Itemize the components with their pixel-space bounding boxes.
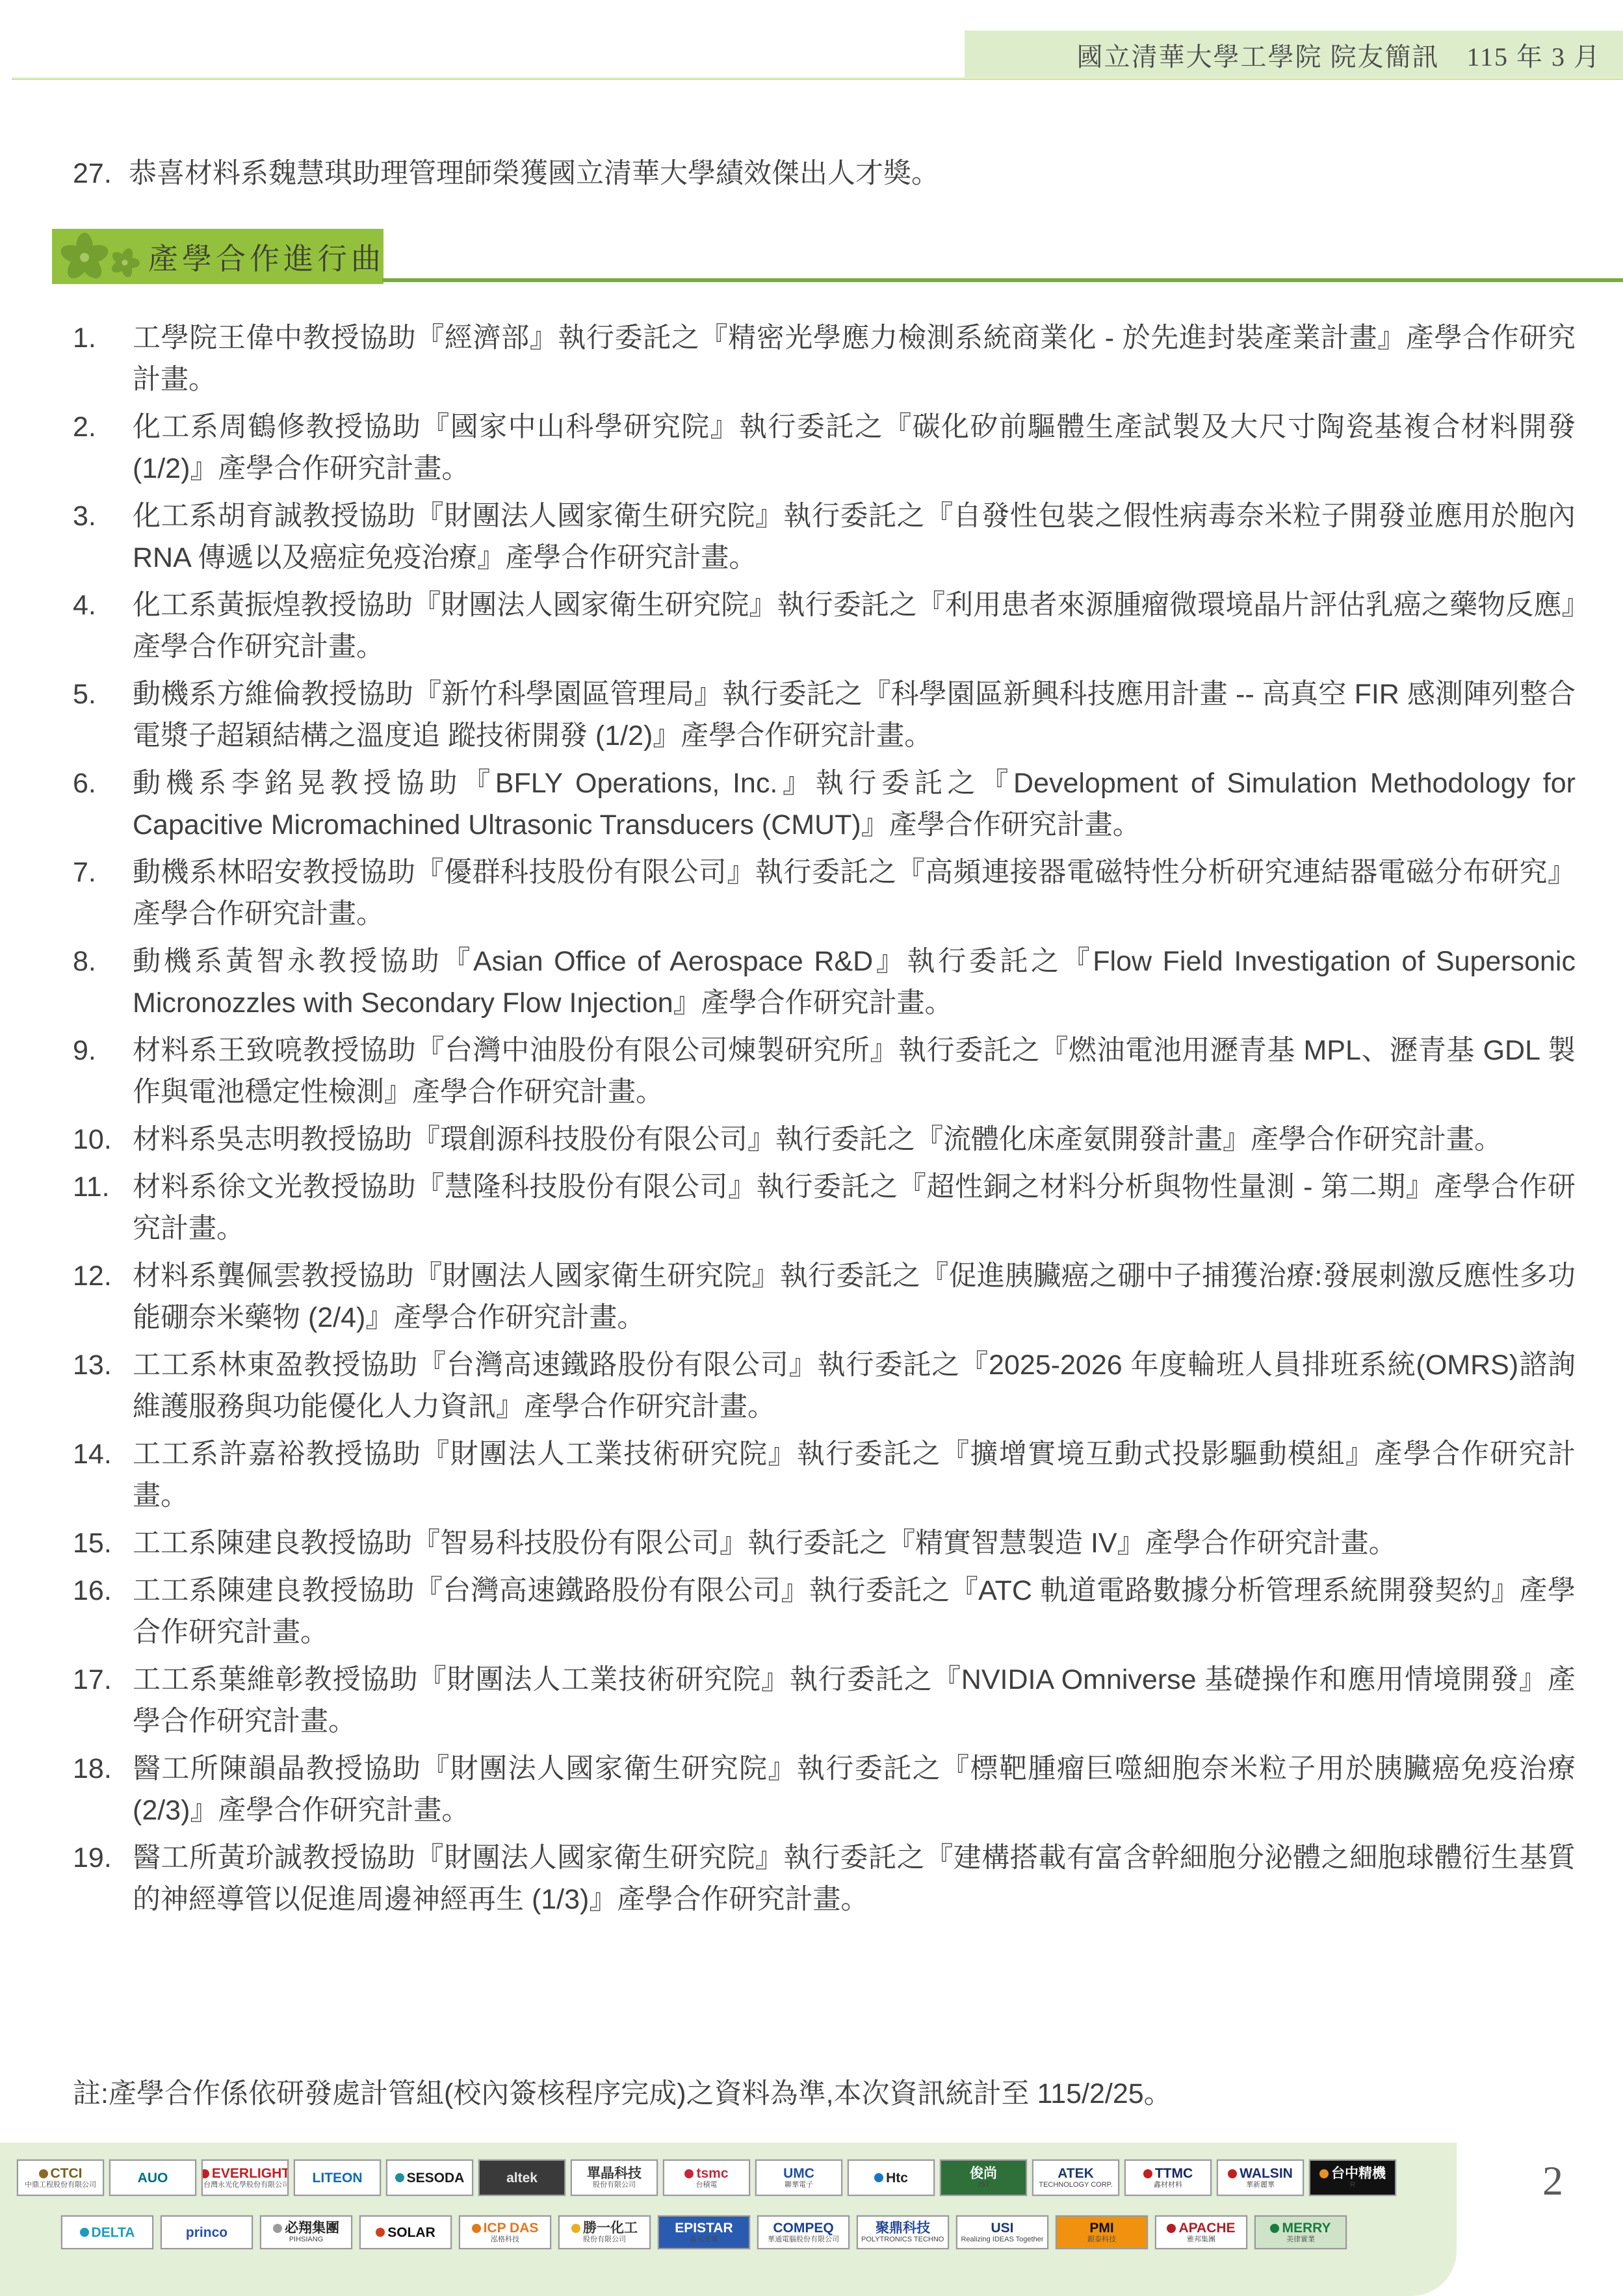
sponsor-logo: MERRY 美律實業 bbox=[1254, 2215, 1347, 2249]
section-header: 產學合作進行曲 bbox=[52, 229, 383, 284]
sponsor-name: AUO bbox=[138, 2171, 168, 2185]
item-number: 10. bbox=[73, 1119, 129, 1160]
sponsor-subtitle: PIHSIANG bbox=[289, 2236, 324, 2244]
sponsor-subtitle: 台積電 bbox=[696, 2181, 718, 2189]
sponsor-logo: SOLAR bbox=[359, 2215, 452, 2249]
sponsor-subtitle: 晶元光電 bbox=[690, 2236, 718, 2244]
list-item: 3.化工系胡育誠教授協助『財團法人國家衛生研究院』執行委託之『自發性包裝之假性病… bbox=[73, 495, 1576, 579]
sponsor-subtitle: POLYTRONICS TECHNOLOGY bbox=[861, 2236, 944, 2244]
logo-mark-icon bbox=[1228, 2169, 1237, 2178]
sponsor-logo: 勝一化工 股份有限公司 bbox=[558, 2215, 651, 2249]
item-text: 工工系葉維彰教授協助『財團法人工業技術研究院』執行委託之『NVIDIA Omni… bbox=[133, 1664, 1576, 1737]
sponsor-name: EVERLIGHT bbox=[212, 2166, 289, 2181]
item-number: 14. bbox=[73, 1433, 129, 1475]
sponsor-name: 聚鼎科技 bbox=[876, 2221, 930, 2236]
sponsor-logo: 單晶科技 股份有限公司 bbox=[571, 2159, 658, 2196]
sponsor-name: APACHE bbox=[1178, 2221, 1235, 2236]
sponsor-subtitle: TECHNOLOGY CORP. bbox=[1039, 2181, 1112, 2189]
item-text: 動機系方維倫教授協助『新竹科學園區管理局』執行委託之『科學園區新興科技應用計畫 … bbox=[133, 679, 1576, 751]
list-item: 2.化工系周鶴修教授協助『國家中山科學研究院』執行委託之『碳化矽前驅體生產試製及… bbox=[73, 406, 1576, 489]
item-text: 工工系陳建良教授協助『台灣高速鐵路股份有限公司』執行委託之『ATC 軌道電路數據… bbox=[133, 1575, 1576, 1648]
item-number: 9. bbox=[73, 1030, 129, 1071]
sponsor-name: CTCI bbox=[51, 2166, 83, 2181]
item-text: 工工系林東盈教授協助『台灣高速鐵路股份有限公司』執行委託之『2025-2026 … bbox=[133, 1350, 1576, 1422]
item-number: 7. bbox=[73, 852, 129, 893]
sponsor-subtitle: 華新麗華 bbox=[1246, 2181, 1275, 2189]
sponsor-logo: 台中精機 R bbox=[1309, 2159, 1396, 2196]
logo-mark-icon bbox=[1319, 2169, 1329, 2178]
list-item: 12.材料系龔佩雲教授協助『財團法人國家衛生研究院』執行委託之『促進胰臟癌之硼中… bbox=[73, 1255, 1576, 1338]
sponsor-name: 台中精機 bbox=[1331, 2166, 1386, 2181]
item-text: 材料系徐文光教授協助『慧隆科技股份有限公司』執行委託之『超性銅之材料分析與物性量… bbox=[133, 1171, 1576, 1244]
sponsor-name: ATEK bbox=[1058, 2166, 1094, 2181]
sponsor-subtitle: 鑫材材料 bbox=[1154, 2181, 1182, 2189]
sponsor-name: princo bbox=[186, 2225, 227, 2240]
item-text: 動機系李銘晃教授協助『BFLY Operations, Inc.』執行委託之『D… bbox=[133, 768, 1576, 841]
sponsor-logo: EPISTAR 晶元光電 bbox=[658, 2215, 750, 2249]
list-item: 18.醫工所陳韻晶教授協助『財團法人國家衛生研究院』執行委託之『標靶腫瘤巨噬細胞… bbox=[73, 1748, 1576, 1831]
sponsor-subtitle: 股份有限公司 bbox=[583, 2236, 626, 2244]
sponsor-subtitle: 美律實業 bbox=[1286, 2236, 1315, 2244]
sponsor-name: WALSIN bbox=[1240, 2166, 1293, 2181]
sponsor-name: tsmc bbox=[696, 2166, 728, 2181]
logo-mark-icon bbox=[1270, 2224, 1279, 2233]
item-number: 18. bbox=[73, 1748, 129, 1790]
logo-mark-icon bbox=[684, 2169, 694, 2178]
sponsor-subtitle: 聯華電子 bbox=[785, 2181, 813, 2189]
sponsor-logo: SESODA bbox=[386, 2159, 473, 2196]
item-number: 5. bbox=[73, 673, 129, 715]
sponsor-logo: princo bbox=[161, 2215, 253, 2249]
sponsor-logo: CTCI 中鼎工程股份有限公司 bbox=[17, 2159, 104, 2196]
item-number: 1. bbox=[73, 317, 129, 359]
sponsor-name: MERRY bbox=[1282, 2221, 1331, 2236]
newsletter-page: 國立清華大學工學院 院友簡訊 115 年 3 月 27.恭喜材料系魏慧琪助理管理… bbox=[0, 0, 1623, 2296]
item-text: 化工系黃振煌教授協助『財團法人國家衛生研究院』執行委託之『利用患者來源腫瘤微環境… bbox=[133, 590, 1576, 662]
logo-mark-icon bbox=[472, 2224, 481, 2233]
sponsor-name: PMI bbox=[1089, 2221, 1113, 2236]
masthead-title: 國立清華大學工學院 院友簡訊 115 年 3 月 bbox=[1076, 36, 1601, 73]
sponsor-logo: EVERLIGHT 台灣永光化學股份有限公司 bbox=[201, 2159, 289, 2196]
item-text: 醫工所黃玠誠教授協助『財團法人國家衛生研究院』執行委託之『建構搭載有富含幹細胞分… bbox=[133, 1842, 1576, 1915]
sponsor-name: 勝一化工 bbox=[583, 2221, 638, 2236]
list-item: 8.動機系黃智永教授協助『Asian Office of Aerospace R… bbox=[73, 941, 1576, 1024]
item-number: 19. bbox=[73, 1837, 129, 1879]
sponsor-name: USI bbox=[991, 2221, 1013, 2236]
item-number: 6. bbox=[73, 763, 129, 804]
masthead-banner: 國立清華大學工學院 院友簡訊 115 年 3 月 bbox=[965, 31, 1623, 79]
sponsor-logo: UMC 聯華電子 bbox=[755, 2159, 842, 2196]
logo-mark-icon bbox=[39, 2169, 48, 2178]
list-item: 15.工工系陳建良教授協助『智易科技股份有限公司』執行委託之『精實智慧製造 IV… bbox=[73, 1522, 1576, 1564]
sponsor-name: 必翔集團 bbox=[285, 2221, 339, 2236]
sponsor-subtitle: 銀泰科技 bbox=[1087, 2236, 1116, 2244]
sponsor-subtitle: 泓格科技 bbox=[491, 2236, 519, 2244]
item-text: 恭喜材料系魏慧琪助理管理師榮獲國立清華大學績效傑出人才獎。 bbox=[129, 158, 939, 189]
list-item: 16.工工系陳建良教授協助『台灣高速鐵路股份有限公司』執行委託之『ATC 軌道電… bbox=[73, 1570, 1576, 1653]
sponsor-name: TTMC bbox=[1155, 2166, 1193, 2181]
sponsor-logo: COMPEQ 華通電腦股份有限公司 bbox=[757, 2215, 850, 2249]
list-item: 9.材料系王致喨教授協助『台灣中油股份有限公司煉製研究所』執行委託之『燃油電池用… bbox=[73, 1030, 1576, 1113]
item-text: 材料系吳志明教授協助『環創源科技股份有限公司』執行委託之『流體化床產氨開發計畫』… bbox=[133, 1124, 1502, 1155]
sponsor-name: LITEON bbox=[313, 2171, 363, 2185]
sponsor-logo: LITEON bbox=[294, 2159, 381, 2196]
sponsor-name: UMC bbox=[783, 2166, 814, 2181]
sponsor-row-2: DELTA princo 必翔集團 PIHSIANG SOLAR ICP DAS… bbox=[61, 2215, 1347, 2249]
sponsor-logo: Htc bbox=[848, 2159, 935, 2196]
list-item: 6.動機系李銘晃教授協助『BFLY Operations, Inc.』執行委託之… bbox=[73, 763, 1576, 846]
item-text: 工學院王偉中教授協助『經濟部』執行委託之『精密光學應力檢測系統商業化 - 於先進… bbox=[133, 322, 1576, 395]
item-text: 材料系龔佩雲教授協助『財團法人國家衛生研究院』執行委託之『促進胰臟癌之硼中子捕獲… bbox=[133, 1260, 1576, 1333]
sponsor-strip: CTCI 中鼎工程股份有限公司 AUO EVERLIGHT 台灣永光化學股份有限… bbox=[0, 2143, 1457, 2296]
sponsor-logo: USI Realizing IDEAS Together bbox=[956, 2215, 1048, 2249]
item-text: 動機系黃智永教授協助『Asian Office of Aerospace R&D… bbox=[133, 946, 1576, 1019]
list-item: 5.動機系方維倫教授協助『新竹科學園區管理局』執行委託之『科學園區新興科技應用計… bbox=[73, 673, 1576, 757]
sponsor-name: 俊尚 bbox=[970, 2166, 997, 2181]
item-text: 醫工所陳韻晶教授協助『財團法人國家衛生研究院』執行委託之『標靶腫瘤巨噬細胞奈米粒… bbox=[133, 1753, 1576, 1826]
sponsor-subtitle: 華通電腦股份有限公司 bbox=[768, 2236, 839, 2244]
sponsor-logo: 俊尚 JST bbox=[940, 2159, 1027, 2196]
sponsor-logo: tsmc 台積電 bbox=[663, 2159, 750, 2196]
sponsor-name: 單晶科技 bbox=[587, 2166, 642, 2181]
item-number: 11. bbox=[73, 1166, 129, 1208]
sponsor-logo: TTMC 鑫材材料 bbox=[1124, 2159, 1212, 2196]
item-number: 8. bbox=[73, 941, 129, 982]
item-text: 材料系王致喨教授協助『台灣中油股份有限公司煉製研究所』執行委託之『燃油電池用瀝青… bbox=[133, 1035, 1576, 1108]
sponsor-name: DELTA bbox=[92, 2225, 135, 2240]
sponsor-logo: WALSIN 華新麗華 bbox=[1217, 2159, 1304, 2196]
list-item: 17.工工系葉維彰教授協助『財團法人工業技術研究院』執行委託之『NVIDIA O… bbox=[73, 1659, 1576, 1742]
sponsor-subtitle: 雅邦集團 bbox=[1187, 2236, 1215, 2244]
section-divider bbox=[382, 278, 1623, 282]
item-text: 工工系陳建良教授協助『智易科技股份有限公司』執行委託之『精實智慧製造 IV』產學… bbox=[133, 1528, 1397, 1559]
item-number: 15. bbox=[73, 1522, 129, 1564]
sponsor-logo: 必翔集團 PIHSIANG bbox=[260, 2215, 352, 2249]
section-title: 產學合作進行曲 bbox=[148, 235, 385, 278]
sponsor-name: COMPEQ bbox=[773, 2221, 833, 2236]
sponsor-name: ICP DAS bbox=[484, 2221, 539, 2236]
item-text: 工工系許嘉裕教授協助『財團法人工業技術研究院』執行委託之『擴增實境互動式投影驅動… bbox=[133, 1439, 1576, 1511]
item-text: 化工系周鶴修教授協助『國家中山科學研究院』執行委託之『碳化矽前驅體生產試製及大尺… bbox=[133, 411, 1576, 484]
item-number: 4. bbox=[73, 584, 129, 626]
sponsor-logo: AUO bbox=[109, 2159, 196, 2196]
news-item-27: 27.恭喜材料系魏慧琪助理管理師榮獲國立清華大學績效傑出人才獎。 bbox=[73, 153, 1574, 194]
item-number: 3. bbox=[73, 495, 129, 537]
sponsor-subtitle: JST bbox=[977, 2181, 990, 2189]
logo-mark-icon bbox=[201, 2169, 209, 2178]
sponsor-name: SOLAR bbox=[387, 2225, 435, 2240]
sponsor-subtitle: 中鼎工程股份有限公司 bbox=[25, 2181, 96, 2189]
logo-mark-icon bbox=[1143, 2169, 1152, 2178]
list-item: 14.工工系許嘉裕教授協助『財團法人工業技術研究院』執行委託之『擴增實境互動式投… bbox=[73, 1433, 1576, 1517]
item-number: 12. bbox=[73, 1255, 129, 1297]
sponsor-logo: altek bbox=[478, 2159, 565, 2196]
footnote: 註:產學合作係依研發處計管組(校內簽核程序完成)之資料為準,本次資訊統計至 11… bbox=[73, 2074, 1576, 2113]
sponsor-logo: ICP DAS 泓格科技 bbox=[459, 2215, 551, 2249]
sponsor-subtitle: 股份有限公司 bbox=[593, 2181, 636, 2189]
list-item: 7.動機系林昭安教授協助『優群科技股份有限公司』執行委託之『高頻連接器電磁特性分… bbox=[73, 852, 1576, 935]
sponsor-logo: ATEK TECHNOLOGY CORP. bbox=[1032, 2159, 1119, 2196]
list-item: 13.工工系林東盈教授協助『台灣高速鐵路股份有限公司』執行委託之『2025-20… bbox=[73, 1344, 1576, 1428]
logo-mark-icon bbox=[395, 2173, 404, 2182]
sponsor-logo: PMI 銀泰科技 bbox=[1056, 2215, 1148, 2249]
item-number: 16. bbox=[73, 1570, 129, 1611]
item-number: 27. bbox=[73, 153, 129, 194]
masthead-divider bbox=[12, 77, 1623, 80]
flower-icon bbox=[60, 231, 148, 285]
list-item: 19.醫工所黃玠誠教授協助『財團法人國家衛生研究院』執行委託之『建構搭載有富含幹… bbox=[73, 1837, 1576, 1920]
sponsor-logo: APACHE 雅邦集團 bbox=[1155, 2215, 1247, 2249]
item-number: 2. bbox=[73, 406, 129, 448]
item-text: 化工系胡育誠教授協助『財團法人國家衛生研究院』執行委託之『自發性包裝之假性病毒奈… bbox=[133, 501, 1576, 573]
logo-mark-icon bbox=[1167, 2224, 1176, 2233]
sponsor-name: EPISTAR bbox=[675, 2221, 733, 2236]
sponsor-row-1: CTCI 中鼎工程股份有限公司 AUO EVERLIGHT 台灣永光化學股份有限… bbox=[17, 2159, 1396, 2196]
sponsor-name: Htc bbox=[886, 2171, 908, 2185]
project-list: 1.工學院王偉中教授協助『經濟部』執行委託之『精密光學應力檢測系統商業化 - 於… bbox=[73, 317, 1576, 1926]
list-item: 1.工學院王偉中教授協助『經濟部』執行委託之『精密光學應力檢測系統商業化 - 於… bbox=[73, 317, 1576, 400]
sponsor-subtitle: Realizing IDEAS Together bbox=[961, 2236, 1044, 2244]
item-text: 動機系林昭安教授協助『優群科技股份有限公司』執行委託之『高頻連接器電磁特性分析研… bbox=[133, 857, 1576, 930]
logo-mark-icon bbox=[80, 2228, 89, 2237]
sponsor-logo: DELTA bbox=[61, 2215, 153, 2249]
sponsor-name: SESODA bbox=[407, 2171, 465, 2185]
sponsor-subtitle: R bbox=[1350, 2181, 1355, 2189]
list-item: 4.化工系黃振煌教授協助『財團法人國家衛生研究院』執行委託之『利用患者來源腫瘤微… bbox=[73, 584, 1576, 668]
logo-mark-icon bbox=[376, 2228, 385, 2237]
list-item: 10.材料系吳志明教授協助『環創源科技股份有限公司』執行委託之『流體化床產氨開發… bbox=[73, 1119, 1576, 1160]
sponsor-logo: 聚鼎科技 POLYTRONICS TECHNOLOGY bbox=[857, 2215, 949, 2249]
page-number: 2 bbox=[1542, 2157, 1563, 2205]
sponsor-name: altek bbox=[506, 2171, 538, 2185]
logo-mark-icon bbox=[874, 2173, 883, 2182]
logo-mark-icon bbox=[571, 2224, 580, 2233]
item-number: 13. bbox=[73, 1344, 129, 1386]
list-item: 11.材料系徐文光教授協助『慧隆科技股份有限公司』執行委託之『超性銅之材料分析與… bbox=[73, 1166, 1576, 1249]
logo-mark-icon bbox=[273, 2224, 282, 2233]
item-number: 17. bbox=[73, 1659, 129, 1701]
sponsor-subtitle: 台灣永光化學股份有限公司 bbox=[203, 2181, 287, 2189]
